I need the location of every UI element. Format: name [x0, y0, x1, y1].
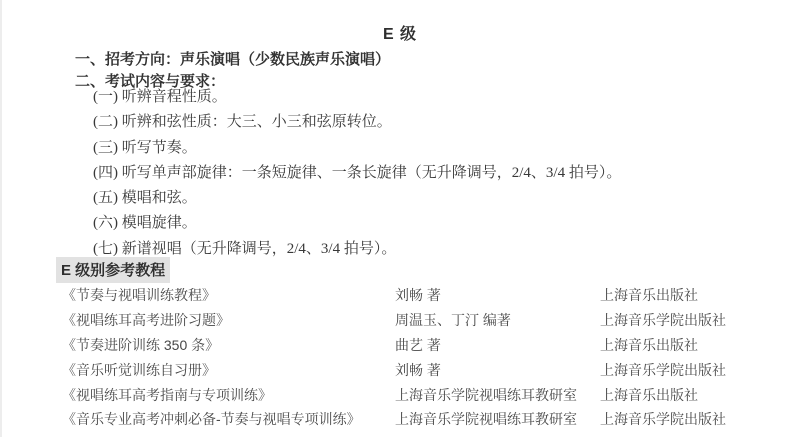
- book-author-cell: 周温玉、丁汀 编著: [395, 310, 600, 330]
- exam-item-list: (一) 听辨音程性质。 (二) 听辨和弦性质：大三、小三和弦原转位。 (三) 听…: [93, 85, 621, 262]
- page-title: E 级: [0, 21, 800, 44]
- exam-item-7: (七) 新谱视唱（无升降调号，2/4、3/4 拍号）。: [93, 237, 621, 262]
- book-author-cell: 刘畅 著: [395, 360, 600, 380]
- book-title-cell: 《视唱练耳高考指南与专项训练》: [62, 385, 395, 405]
- exam-item-6: (六) 模唱旋律。: [93, 211, 621, 236]
- book-author-cell: 曲艺 著: [395, 335, 600, 355]
- book-publisher-cell: 上海音乐学院出版社: [600, 310, 782, 330]
- book-publisher-cell: 上海音乐学院出版社: [600, 360, 782, 380]
- table-row: 《视唱练耳高考进阶习题》 周温玉、丁汀 编著 上海音乐学院出版社: [62, 308, 782, 333]
- book-title-cell: 《节奏与视唱训练教程》: [62, 285, 395, 305]
- exam-item-1: (一) 听辨音程性质。: [93, 85, 621, 110]
- table-row: 《节奏进阶训练 350 条》 曲艺 著 上海音乐出版社: [62, 333, 782, 358]
- scan-edge-shadow: [0, 0, 2, 437]
- book-author-cell: 上海音乐学院视唱练耳教研室: [395, 409, 600, 429]
- table-row: 《视唱练耳高考指南与专项训练》 上海音乐学院视唱练耳教研室 上海音乐出版社: [62, 382, 782, 407]
- exam-item-2: (二) 听辨和弦性质：大三、小三和弦原转位。: [93, 110, 621, 135]
- table-row: 《音乐专业高考冲刺必备-节奏与视唱专项训练》 上海音乐学院视唱练耳教研室 上海音…: [62, 407, 782, 432]
- reference-book-table: 《节奏与视唱训练教程》 刘畅 著 上海音乐出版社 《视唱练耳高考进阶习题》 周温…: [62, 283, 782, 432]
- exam-item-5: (五) 模唱和弦。: [93, 186, 621, 211]
- book-title-cell: 《音乐听觉训练自习册》: [62, 360, 395, 380]
- book-publisher-cell: 上海音乐出版社: [600, 385, 782, 405]
- exam-item-3: (三) 听写节奏。: [93, 136, 621, 161]
- document-page: E 级 一、招考方向：声乐演唱（少数民族声乐演唱） 二、考试内容与要求： (一)…: [0, 0, 800, 437]
- table-row: 《节奏与视唱训练教程》 刘畅 著 上海音乐出版社: [62, 283, 782, 308]
- heading-admission-direction: 一、招考方向：声乐演唱（少数民族声乐演唱）: [75, 48, 390, 69]
- book-author-cell: 刘畅 著: [395, 285, 600, 305]
- reference-section-header: E 级别参考教程: [56, 257, 170, 283]
- exam-item-4: (四) 听写单声部旋律：一条短旋律、一条长旋律（无升降调号，2/4、3/4 拍号…: [93, 161, 621, 186]
- book-publisher-cell: 上海音乐出版社: [600, 335, 782, 355]
- book-title-cell: 《音乐专业高考冲刺必备-节奏与视唱专项训练》: [62, 409, 395, 429]
- book-title-cell: 《视唱练耳高考进阶习题》: [62, 310, 395, 330]
- book-publisher-cell: 上海音乐出版社: [600, 285, 782, 305]
- book-author-cell: 上海音乐学院视唱练耳教研室: [395, 385, 600, 405]
- table-row: 《音乐听觉训练自习册》 刘畅 著 上海音乐学院出版社: [62, 357, 782, 382]
- book-publisher-cell: 上海音乐学院出版社: [600, 409, 782, 429]
- book-title-cell: 《节奏进阶训练 350 条》: [62, 335, 395, 355]
